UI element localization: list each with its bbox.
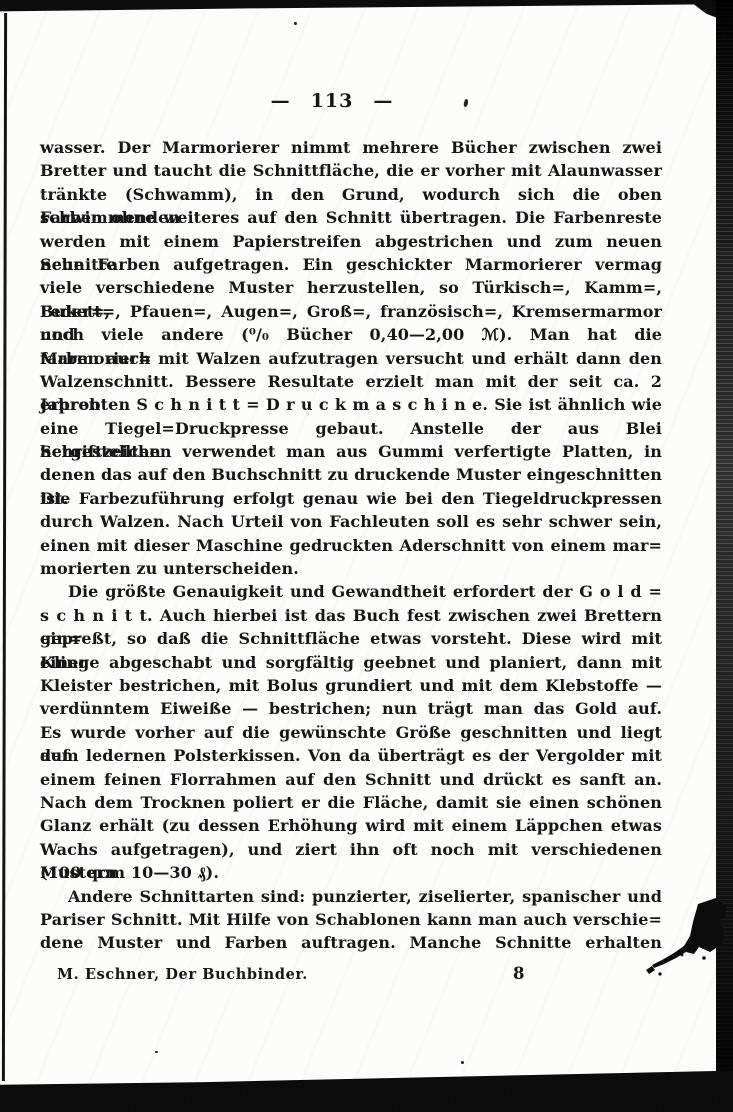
header-dash-right: —: [373, 90, 393, 112]
text-line: noch viele andere (⁰/₀ Bücher 0,40—2,00 …: [40, 323, 662, 346]
text-line: Es wurde vorher auf die gewünschte Größe…: [40, 721, 662, 744]
text-line: Bukett=, Pfauen=, Augen=, Groß=, französ…: [40, 300, 662, 323]
paragraph: Die größte Genauigkeit und Gewandtheit e…: [40, 580, 662, 884]
text-line: viele verschiedene Muster herzustellen, …: [40, 276, 662, 299]
text-line: durch Walzen. Nach Urteil von Fachleuten…: [40, 510, 662, 533]
paragraph: wasser. Der Marmorierer nimmt mehrere Bü…: [40, 136, 662, 580]
text-line: tränkte (Schwamm), in den Grund, wodurch…: [40, 183, 662, 206]
text-line: Nach dem Trocknen poliert er die Fläche,…: [40, 791, 662, 814]
text-line: einen mit dieser Maschine gedruckten Ade…: [40, 534, 662, 557]
text-line: Klinge abgeschabt und sorgfältig geebnet…: [40, 651, 662, 674]
text-line: verdünntem Eiweiße — bestrichen; nun trä…: [40, 697, 662, 720]
text-line: dem ledernen Polsterkissen. Von da übert…: [40, 744, 662, 767]
text-line: Farben ohne weiteres auf den Schnitt übe…: [40, 206, 662, 229]
text-line: Schriftzeichen verwendet man aus Gummi v…: [40, 440, 662, 463]
page-footer: M. Eschner, Der Buchbinder. 8: [40, 966, 662, 983]
text-line: Wachs aufgetragen), und ziert ihn oft no…: [40, 838, 662, 861]
text-line: Kleister bestrichen, mit Bolus grundiert…: [40, 674, 662, 697]
ink-speck: [461, 1061, 464, 1064]
text-line: erprobten S c h n i t t = D r u c k m a …: [40, 393, 662, 416]
text-line: Glanz erhält (zu dessen Erhöhung wird mi…: [40, 814, 662, 837]
publisher-credit: M. Eschner, Der Buchbinder.: [57, 966, 308, 983]
paragraph: Andere Schnittarten sind: punzierter, zi…: [40, 885, 662, 955]
text-line: wasser. Der Marmorierer nimmt mehrere Bü…: [40, 136, 662, 159]
text-line: farben auch mit Walzen aufzutragen versu…: [40, 347, 662, 370]
text-line: werden mit einem Papierstreifen abgestri…: [40, 230, 662, 253]
text-line: neue Farben aufgetragen. Ein geschickter…: [40, 253, 662, 276]
text-line: eine Tiegel=Druckpresse gebaut. Anstelle…: [40, 417, 662, 440]
text-line: Pariser Schnitt. Mit Hilfe von Schablone…: [40, 908, 662, 931]
text-line: denen das auf den Buchschnitt zu drucken…: [40, 463, 662, 486]
scan-edge-top: [0, 0, 733, 12]
ink-speck: [155, 1051, 158, 1053]
scan-edge-left-line: [2, 13, 7, 1081]
text-line: einem feinen Florrahmen auf den Schnitt …: [40, 768, 662, 791]
text-line: Walzenschnitt. Bessere Resultate erzielt…: [40, 370, 662, 393]
text-line: Die größte Genauigkeit und Gewandtheit e…: [40, 580, 662, 603]
text-line: (100 qcm 10—30 ₰).: [40, 861, 662, 884]
text-line: gepreßt, so daß die Schnittfläche etwas …: [40, 627, 662, 650]
text-line: Andere Schnittarten sind: punzierter, zi…: [40, 885, 662, 908]
text-line: dene Muster und Farben auftragen. Manche…: [40, 931, 662, 954]
book-page-scan: — 113 — wasser. Der Marmorierer nimmt me…: [0, 0, 733, 1112]
header-dash-left: —: [271, 90, 291, 112]
text-line: Die Farbezuführung erfolgt genau wie bei…: [40, 487, 662, 510]
ink-blot: [646, 892, 733, 987]
page-body: wasser. Der Marmorierer nimmt mehrere Bü…: [40, 136, 662, 955]
text-line: morierten zu unterscheiden.: [40, 557, 662, 580]
ink-speck: [294, 22, 297, 25]
page-header: — 113 —: [40, 90, 624, 112]
page-number: 113: [311, 90, 354, 112]
text-line: Bretter und taucht die Schnittfläche, di…: [40, 159, 662, 182]
text-line: s c h n i t t. Auch hierbei ist das Buch…: [40, 604, 662, 627]
scan-edge-bottom: [0, 1068, 733, 1112]
signature-number: 8: [513, 964, 524, 983]
